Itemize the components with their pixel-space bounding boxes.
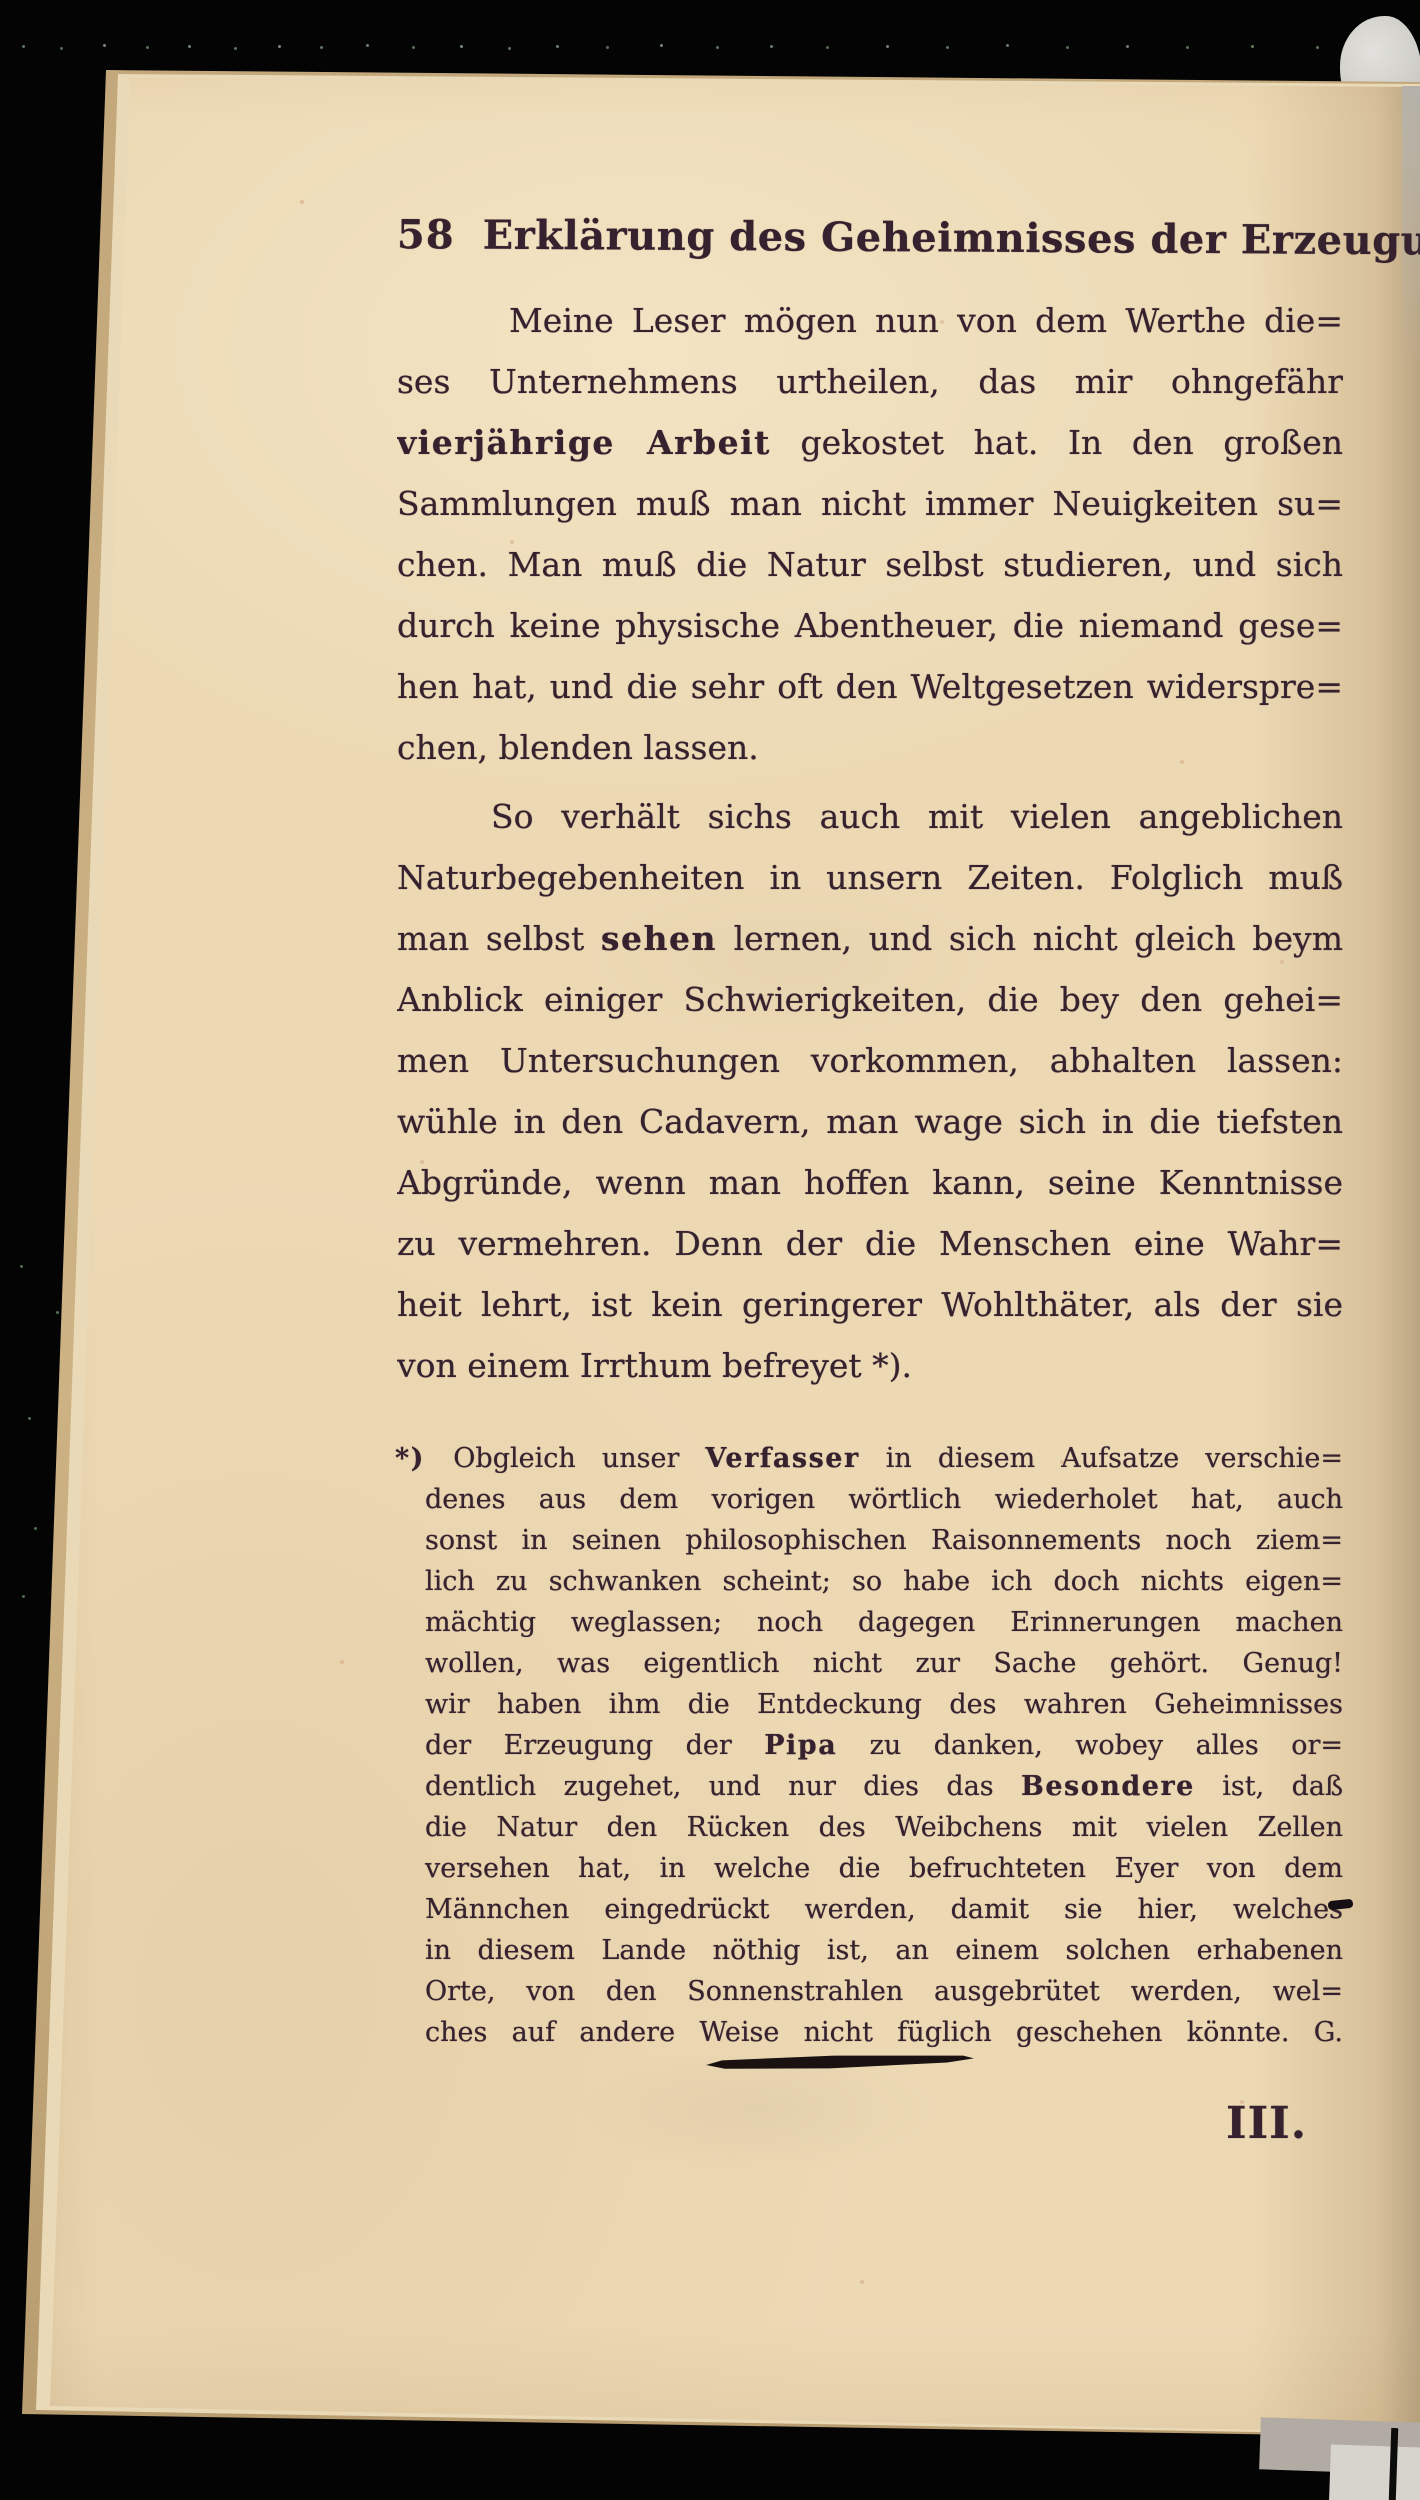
text-line: chen. Man muß die Natur selbst studieren…: [397, 534, 1343, 595]
text-line: Sammlungen muß man nicht immer Neuigkeit…: [397, 473, 1343, 534]
text-line: wir haben ihm die Entdeckung des wahren …: [395, 1684, 1343, 1725]
text-line: hen hat, und die sehr oft den Weltgesetz…: [397, 656, 1343, 717]
text-line: mächtig weglassen; noch dagegen Erinneru…: [395, 1602, 1343, 1643]
text-line: Anblick einiger Schwierigkeiten, die bey…: [397, 969, 1343, 1030]
text-line: zu vermehren. Denn der die Menschen eine…: [397, 1213, 1343, 1274]
text-line: von einem Irrthum befreyet *).: [397, 1335, 1343, 1396]
tapered-rule: [706, 2051, 974, 2072]
text-line: denes aus dem vorigen wörtlich wiederhol…: [395, 1479, 1343, 1520]
running-title: Erklärung des Geheimnisses der Erzeugung: [483, 212, 1420, 265]
text-line: Orte, von den Sonnenstrahlen ausgebrütet…: [395, 1971, 1343, 2012]
text-line: wollen, was eigentlich nicht zur Sache g…: [395, 1643, 1343, 1684]
text-line: lich zu schwanken scheint; so habe ich d…: [395, 1561, 1343, 1602]
text-line: Naturbegebenheiten in unsern Zeiten. Fol…: [397, 847, 1343, 908]
text-line: ches auf andere Weise nicht füglich gesc…: [395, 2012, 1343, 2053]
body-paragraph-2: So verhält sichs auch mit vielen angebli…: [397, 786, 1343, 1396]
text-line: die Natur den Rücken des Weibchens mit v…: [395, 1807, 1343, 1848]
text-line: vierjährige Arbeit gekostet hat. In den …: [397, 412, 1343, 473]
text-line: chen, blenden lassen.: [397, 717, 1343, 778]
footnote-block: *) Obgleich unser Verfasser in diesem Au…: [395, 1438, 1343, 2053]
text-line: durch keine physische Abentheuer, die ni…: [397, 595, 1343, 656]
text-line: dentlich zugehet, und nur dies das Beson…: [395, 1766, 1343, 1807]
page-number: 58: [397, 211, 455, 258]
text-line: Meine Leser mögen nun von dem Werthe die…: [397, 290, 1343, 351]
page-content: 58 Erklärung des Geheimnisses der Erzeug…: [0, 0, 1420, 2500]
text-line: wühle in den Cadavern, man wage sich in …: [397, 1091, 1343, 1152]
scanned-book-photo: 58 Erklärung des Geheimnisses der Erzeug…: [0, 0, 1420, 2500]
text-line: ses Unternehmens urtheilen, das mir ohng…: [397, 351, 1343, 412]
signature-mark: III.: [1226, 2098, 1307, 2149]
text-line: heit lehrt, ist kein geringerer Wohlthät…: [397, 1274, 1343, 1335]
ink-blot: [1328, 1899, 1354, 1911]
text-line: *) Obgleich unser Verfasser in diesem Au…: [395, 1438, 1343, 1479]
text-line: Männchen eingedrückt werden, damit sie h…: [395, 1889, 1343, 1930]
text-line: in diesem Lande nöthig ist, an einem sol…: [395, 1930, 1343, 1971]
text-line: Abgründe, wenn man hoffen kann, seine Ke…: [397, 1152, 1343, 1213]
body-paragraph-1: Meine Leser mögen nun von dem Werthe die…: [397, 290, 1343, 778]
running-header: 58 Erklärung des Geheimnisses der Erzeug…: [397, 211, 1345, 264]
text-line: versehen hat, in welche die befruchteten…: [395, 1848, 1343, 1889]
text-line: men Untersuchungen vorkommen, abhalten l…: [397, 1030, 1343, 1091]
text-line: sonst in seinen philosophischen Raisonne…: [395, 1520, 1343, 1561]
text-line: man selbst sehen lernen, und sich nicht …: [397, 908, 1343, 969]
text-line: So verhält sichs auch mit vielen angebli…: [397, 786, 1343, 847]
text-line: der Erzeugung der Pipa zu danken, wobey …: [395, 1725, 1343, 1766]
